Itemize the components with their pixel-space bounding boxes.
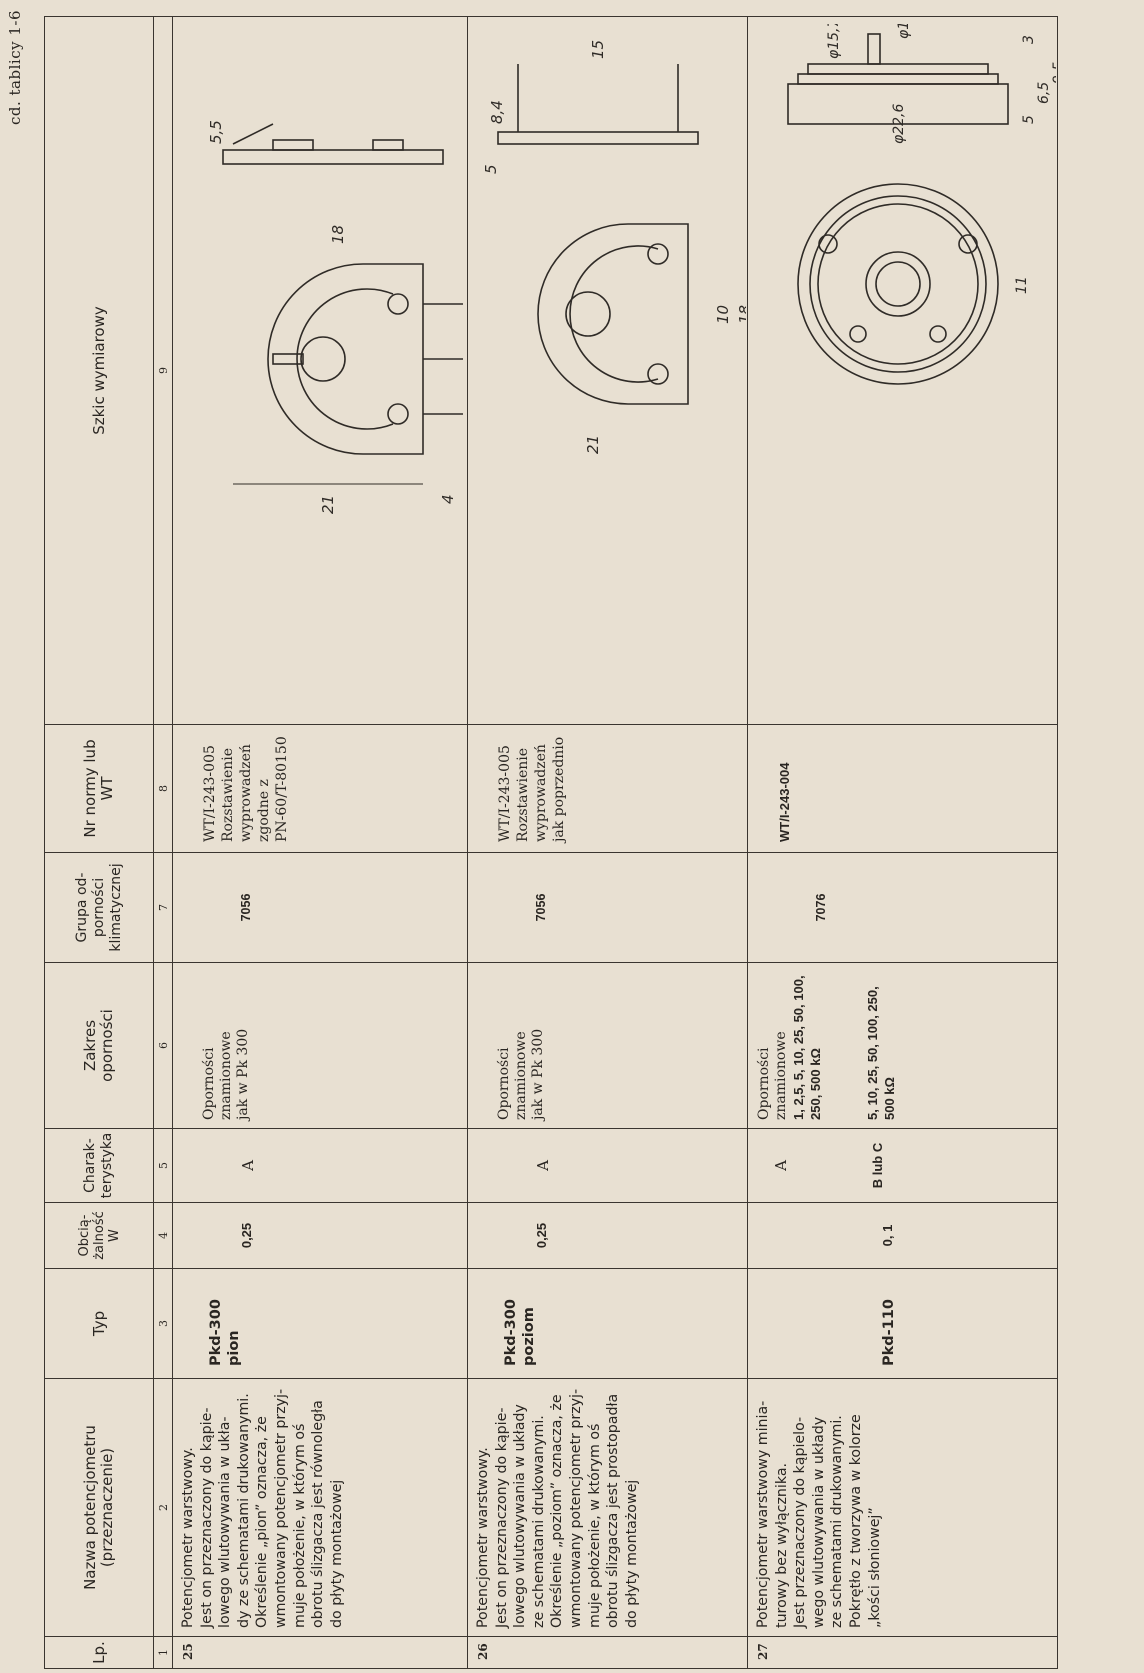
row-description: Potencjometr warstwowy.Jest on przeznacz… xyxy=(468,1379,748,1637)
row-characteristic: A B lub C xyxy=(748,1129,1058,1203)
svg-text:21: 21 xyxy=(584,435,602,454)
svg-text:21: 21 xyxy=(319,495,337,514)
row-sketch: 21 55 18 4 5,5 21 xyxy=(173,17,468,725)
svg-text:5: 5 xyxy=(1021,115,1037,124)
row-type: Pkd-300pion xyxy=(173,1269,468,1379)
row-type: Pkd-110 xyxy=(748,1269,1058,1379)
svg-text:9,5: 9,5 xyxy=(1051,62,1056,84)
row-climatic-group: 7076 xyxy=(748,853,1058,963)
row-load: 0, 1 xyxy=(748,1203,1058,1269)
table-row: 26 Potencjometr warstwowy.Jest on przezn… xyxy=(468,17,748,1669)
col-num: 7 xyxy=(154,853,173,963)
col-num: 5 xyxy=(154,1129,173,1203)
row-number: 27 xyxy=(748,1637,1058,1669)
row-standard: WT/I-243-005Rozstawienie wyprowadzeńjak … xyxy=(468,725,748,853)
col-num: 9 xyxy=(154,17,173,725)
continuation-label: cd. tablicy 1-6 xyxy=(6,10,24,125)
col-num: 3 xyxy=(154,1269,173,1379)
row-sketch: 11 φ22,6 φ15,7 φ18,2 5 6,5 9,5 3 xyxy=(748,17,1058,725)
header-lp: Lp. xyxy=(45,1637,154,1669)
col-num: 8 xyxy=(154,725,173,853)
header-load: Obcią-żalnośćW xyxy=(45,1203,154,1269)
table-row: 25 Potencjometr warstwowy.Jest on przezn… xyxy=(173,17,468,1669)
document-page: cd. tablicy 1-6 Lp. Nazwa potencjometru(… xyxy=(0,0,1144,1673)
header-resistance-range: Zakresoporności xyxy=(45,963,154,1129)
svg-text:18: 18 xyxy=(329,225,347,244)
row-load: 0,25 xyxy=(173,1203,468,1269)
potentiometer-horizontal-sketch: 21 10 18 5 8,4 15 xyxy=(468,24,746,724)
svg-text:18: 18 xyxy=(736,305,746,324)
row-standard: WT/I-243-004 xyxy=(748,725,1058,853)
svg-text:6,5: 6,5 xyxy=(1036,82,1052,104)
svg-text:15: 15 xyxy=(589,40,607,59)
svg-text:8,4: 8,4 xyxy=(488,100,506,124)
row-resistance-range: Oporności znamionowejak w Pk 300 xyxy=(173,963,468,1129)
row-load: 0,25 xyxy=(468,1203,748,1269)
row-standard: WT/I-243-005Rozstawienie wyprowadzeńzgod… xyxy=(173,725,468,853)
svg-text:3: 3 xyxy=(1021,35,1037,44)
row-description: Potencjometr warstwowy.Jest on przeznacz… xyxy=(173,1379,468,1637)
row-resistance-range: Oporności znamionowe 1, 2,5, 5, 10, 25, … xyxy=(748,963,1058,1129)
svg-text:11: 11 xyxy=(1014,276,1030,294)
header-sketch: Szkic wymiarowy xyxy=(45,17,154,725)
row-climatic-group: 7056 xyxy=(468,853,748,963)
row-sketch: 21 10 18 5 8,4 15 xyxy=(468,17,748,725)
row-number: 26 xyxy=(468,1637,748,1669)
row-type: Pkd-300poziom xyxy=(468,1269,748,1379)
column-number-row: 1 2 3 4 5 6 7 8 9 xyxy=(154,17,173,1669)
header-standard: Nr normy lubWT xyxy=(45,725,154,853)
svg-text:φ15,7: φ15,7 xyxy=(826,24,842,59)
header-name: Nazwa potencjometru(przeznaczenie) xyxy=(45,1379,154,1637)
header-row: Lp. Nazwa potencjometru(przeznaczenie) T… xyxy=(45,17,154,1669)
table-row: 27 Potencjometr warstwowy minia-turowy b… xyxy=(748,17,1058,1669)
svg-text:5,5: 5,5 xyxy=(207,120,225,144)
miniature-potentiometer-sketch: 11 φ22,6 φ15,7 φ18,2 5 6,5 9,5 3 xyxy=(748,24,1056,724)
row-number: 25 xyxy=(173,1637,468,1669)
svg-text:5: 5 xyxy=(482,164,500,174)
svg-text:φ18,2: φ18,2 xyxy=(896,24,912,39)
row-climatic-group: 7056 xyxy=(173,853,468,963)
col-num: 4 xyxy=(154,1203,173,1269)
row-characteristic: A xyxy=(173,1129,468,1203)
potentiometer-vertical-sketch: 21 55 18 4 5,5 xyxy=(173,24,465,724)
row-resistance-range: Oporności znamionowejak w Pk 300 xyxy=(468,963,748,1129)
col-num: 1 xyxy=(154,1637,173,1669)
row-description: Potencjometr warstwowy minia-turowy bez … xyxy=(748,1379,1058,1637)
potentiometer-table: Lp. Nazwa potencjometru(przeznaczenie) T… xyxy=(44,16,1058,1669)
header-characteristic: Charak-terystyka xyxy=(45,1129,154,1203)
col-num: 6 xyxy=(154,963,173,1129)
svg-text:4: 4 xyxy=(439,494,457,504)
svg-text:φ22,6: φ22,6 xyxy=(891,104,907,145)
svg-text:10: 10 xyxy=(714,305,732,324)
header-type: Typ xyxy=(45,1269,154,1379)
row-characteristic: A xyxy=(468,1129,748,1203)
col-num: 2 xyxy=(154,1379,173,1637)
header-climatic-group: Grupa od-pornościklimatycznej xyxy=(45,853,154,963)
